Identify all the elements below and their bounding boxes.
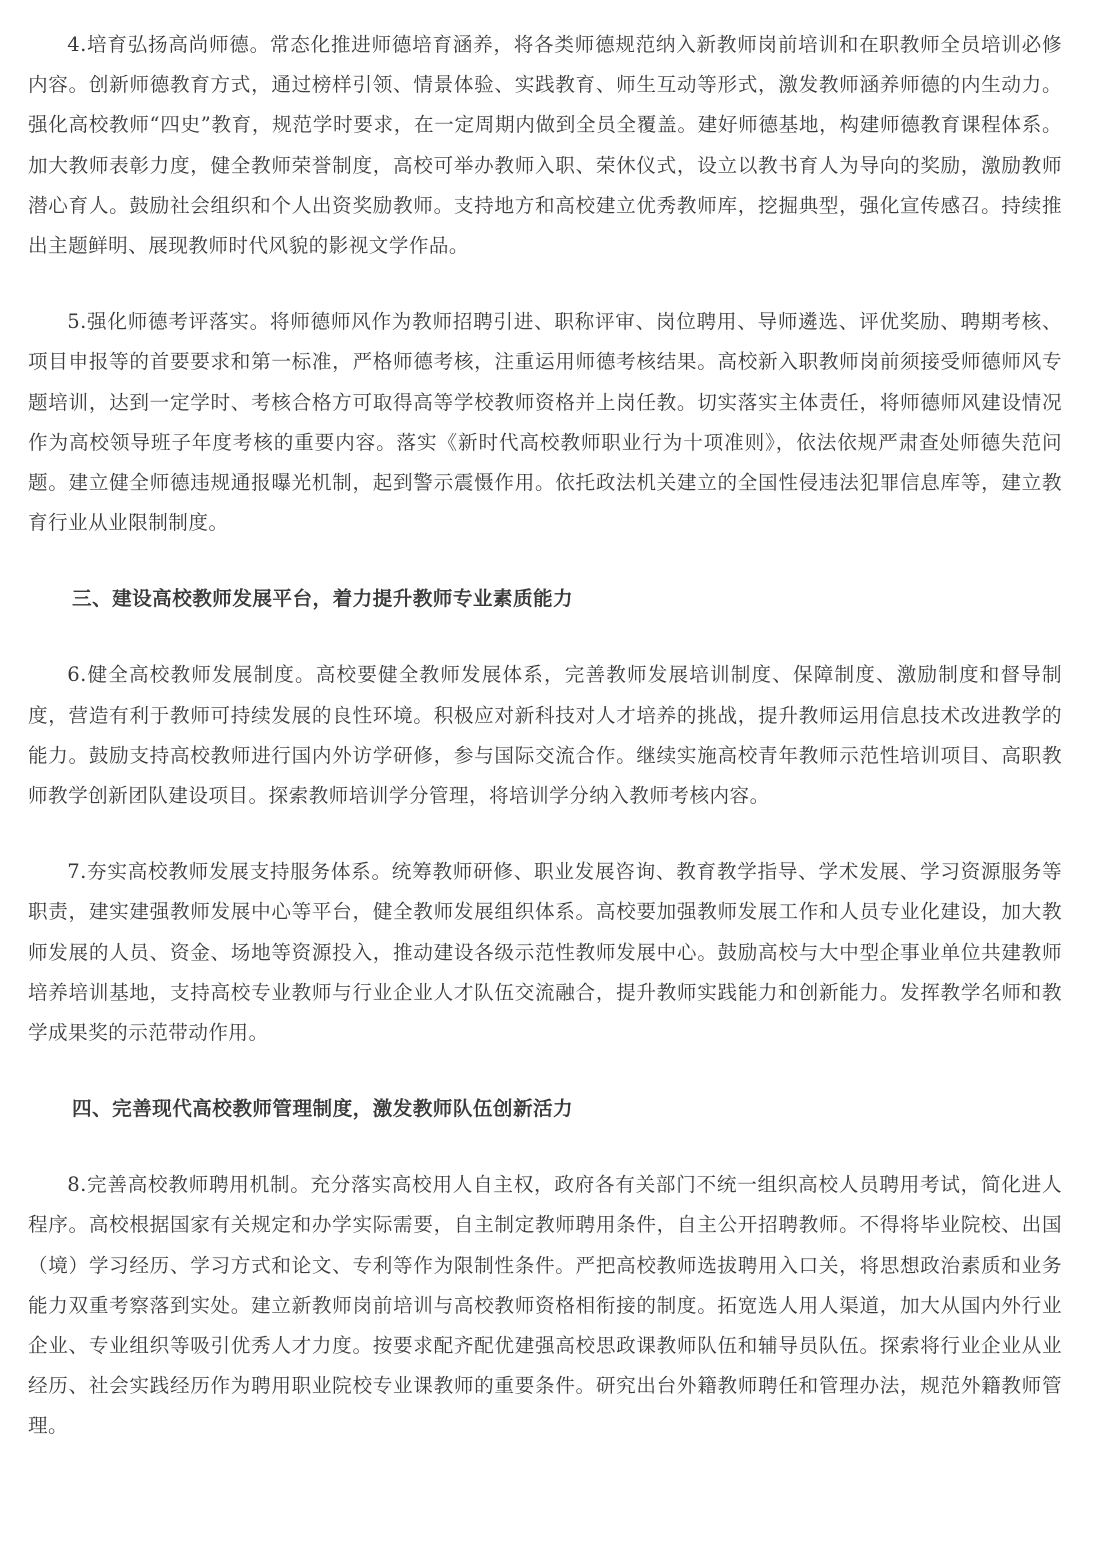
paragraph-4-cultivate-teacher-ethics: 4.培育弘扬高尚师德。常态化推进师德培育涵养，将各类师德规范纳入新教师岗前培训和… <box>28 25 1062 266</box>
paragraph-spacer <box>28 619 1062 655</box>
paragraph-spacer <box>28 816 1062 852</box>
section-heading-4: 四、完善现代高校教师管理制度，激发教师队伍创新活力 <box>28 1089 1062 1129</box>
paragraph-7-support-services: 7.夯实高校教师发展支持服务体系。统筹教师研修、职业发展咨询、教育教学指导、学术… <box>28 852 1062 1053</box>
paragraph-5-ethics-evaluation: 5.强化师德考评落实。将师德师风作为教师招聘引进、职称评审、岗位聘用、导师遴选、… <box>28 302 1062 543</box>
document-body: 4.培育弘扬高尚师德。常态化推进师德培育涵养，将各类师德规范纳入新教师岗前培训和… <box>28 25 1062 1447</box>
paragraph-spacer <box>28 1129 1062 1165</box>
paragraph-spacer <box>28 543 1062 579</box>
paragraph-6-development-system: 6.健全高校教师发展制度。高校要健全教师发展体系，完善教师发展培训制度、保障制度… <box>28 655 1062 816</box>
paragraph-spacer <box>28 1053 1062 1089</box>
section-heading-3: 三、建设高校教师发展平台，着力提升教师专业素质能力 <box>28 579 1062 619</box>
paragraph-spacer <box>28 266 1062 302</box>
paragraph-8-recruitment-mechanism: 8.完善高校教师聘用机制。充分落实高校用人自主权，政府各有关部门不统一组织高校人… <box>28 1165 1062 1446</box>
